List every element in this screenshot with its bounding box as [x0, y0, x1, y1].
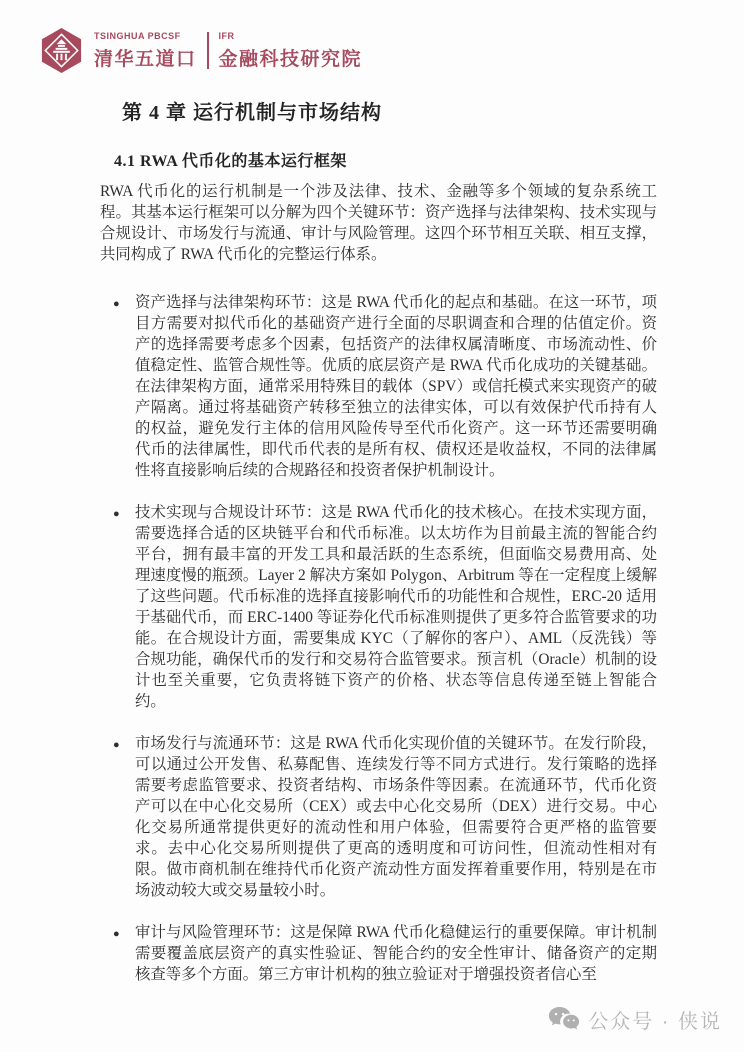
watermark-text: 公众号 · 侠说	[588, 1005, 722, 1034]
wechat-icon	[548, 1006, 580, 1033]
document-page: TSINGHUA PBCSF 清华五道口 IFR 金融科技研究院 第 4 章 运…	[0, 0, 744, 1052]
bullet-list: ● 资产选择与法律架构环节：这是 RWA 代币化的起点和基础。在这一环节，项目方…	[100, 292, 657, 985]
bullet-item-audit-risk: ● 审计与风险管理环节：这是保障 RWA 代币化稳健运行的重要保障。审计机制需要…	[113, 922, 657, 985]
bullet-text: 审计与风险管理环节：这是保障 RWA 代币化稳健运行的重要保障。审计机制需要覆盖…	[135, 924, 657, 983]
bullet-item-market-issuance: ● 市场发行与流通环节：这是 RWA 代币化实现价值的关键环节。在发行阶段，可以…	[113, 733, 657, 901]
logo-english-left: TSINGHUA PBCSF	[94, 31, 197, 41]
logo-chinese-right: 金融科技研究院	[219, 44, 363, 71]
chapter-title: 第 4 章 运行机制与市场结构	[122, 96, 382, 125]
logo-chinese-left: 清华五道口	[94, 44, 197, 71]
institute-logo: TSINGHUA PBCSF 清华五道口 IFR 金融科技研究院	[38, 27, 362, 74]
logo-text-right: IFR 金融科技研究院	[219, 31, 363, 71]
bullet-marker: ●	[113, 294, 120, 315]
body-content: RWA 代币化的运行机制是一个涉及法律、技术、金融等多个领域的复杂系统工程。其基…	[100, 181, 657, 1006]
bullet-text: 资产选择与法律架构环节：这是 RWA 代币化的起点和基础。在这一环节，项目方需要…	[135, 294, 657, 479]
bullet-text: 市场发行与流通环节：这是 RWA 代币化实现价值的关键环节。在发行阶段，可以通过…	[135, 735, 657, 899]
bullet-marker: ●	[113, 504, 120, 525]
logo-divider	[207, 32, 209, 69]
bullet-marker: ●	[113, 735, 120, 756]
watermark: 公众号 · 侠说	[548, 1005, 722, 1034]
bullet-text: 技术实现与合规设计环节：这是 RWA 代币化的技术核心。在技术实现方面，需要选择…	[135, 504, 657, 710]
logo-english-right: IFR	[219, 31, 363, 41]
bullet-item-tech-compliance: ● 技术实现与合规设计环节：这是 RWA 代币化的技术核心。在技术实现方面，需要…	[113, 502, 657, 712]
section-title: 4.1 RWA 代币化的基本运行框架	[114, 148, 347, 171]
intro-paragraph: RWA 代币化的运行机制是一个涉及法律、技术、金融等多个领域的复杂系统工程。其基…	[100, 181, 657, 265]
tsinghua-pbcsf-hexagon-logo-icon	[38, 27, 85, 74]
bullet-marker: ●	[113, 924, 120, 945]
bullet-item-asset-selection: ● 资产选择与法律架构环节：这是 RWA 代币化的起点和基础。在这一环节，项目方…	[113, 292, 657, 481]
logo-text-left: TSINGHUA PBCSF 清华五道口	[94, 31, 197, 71]
